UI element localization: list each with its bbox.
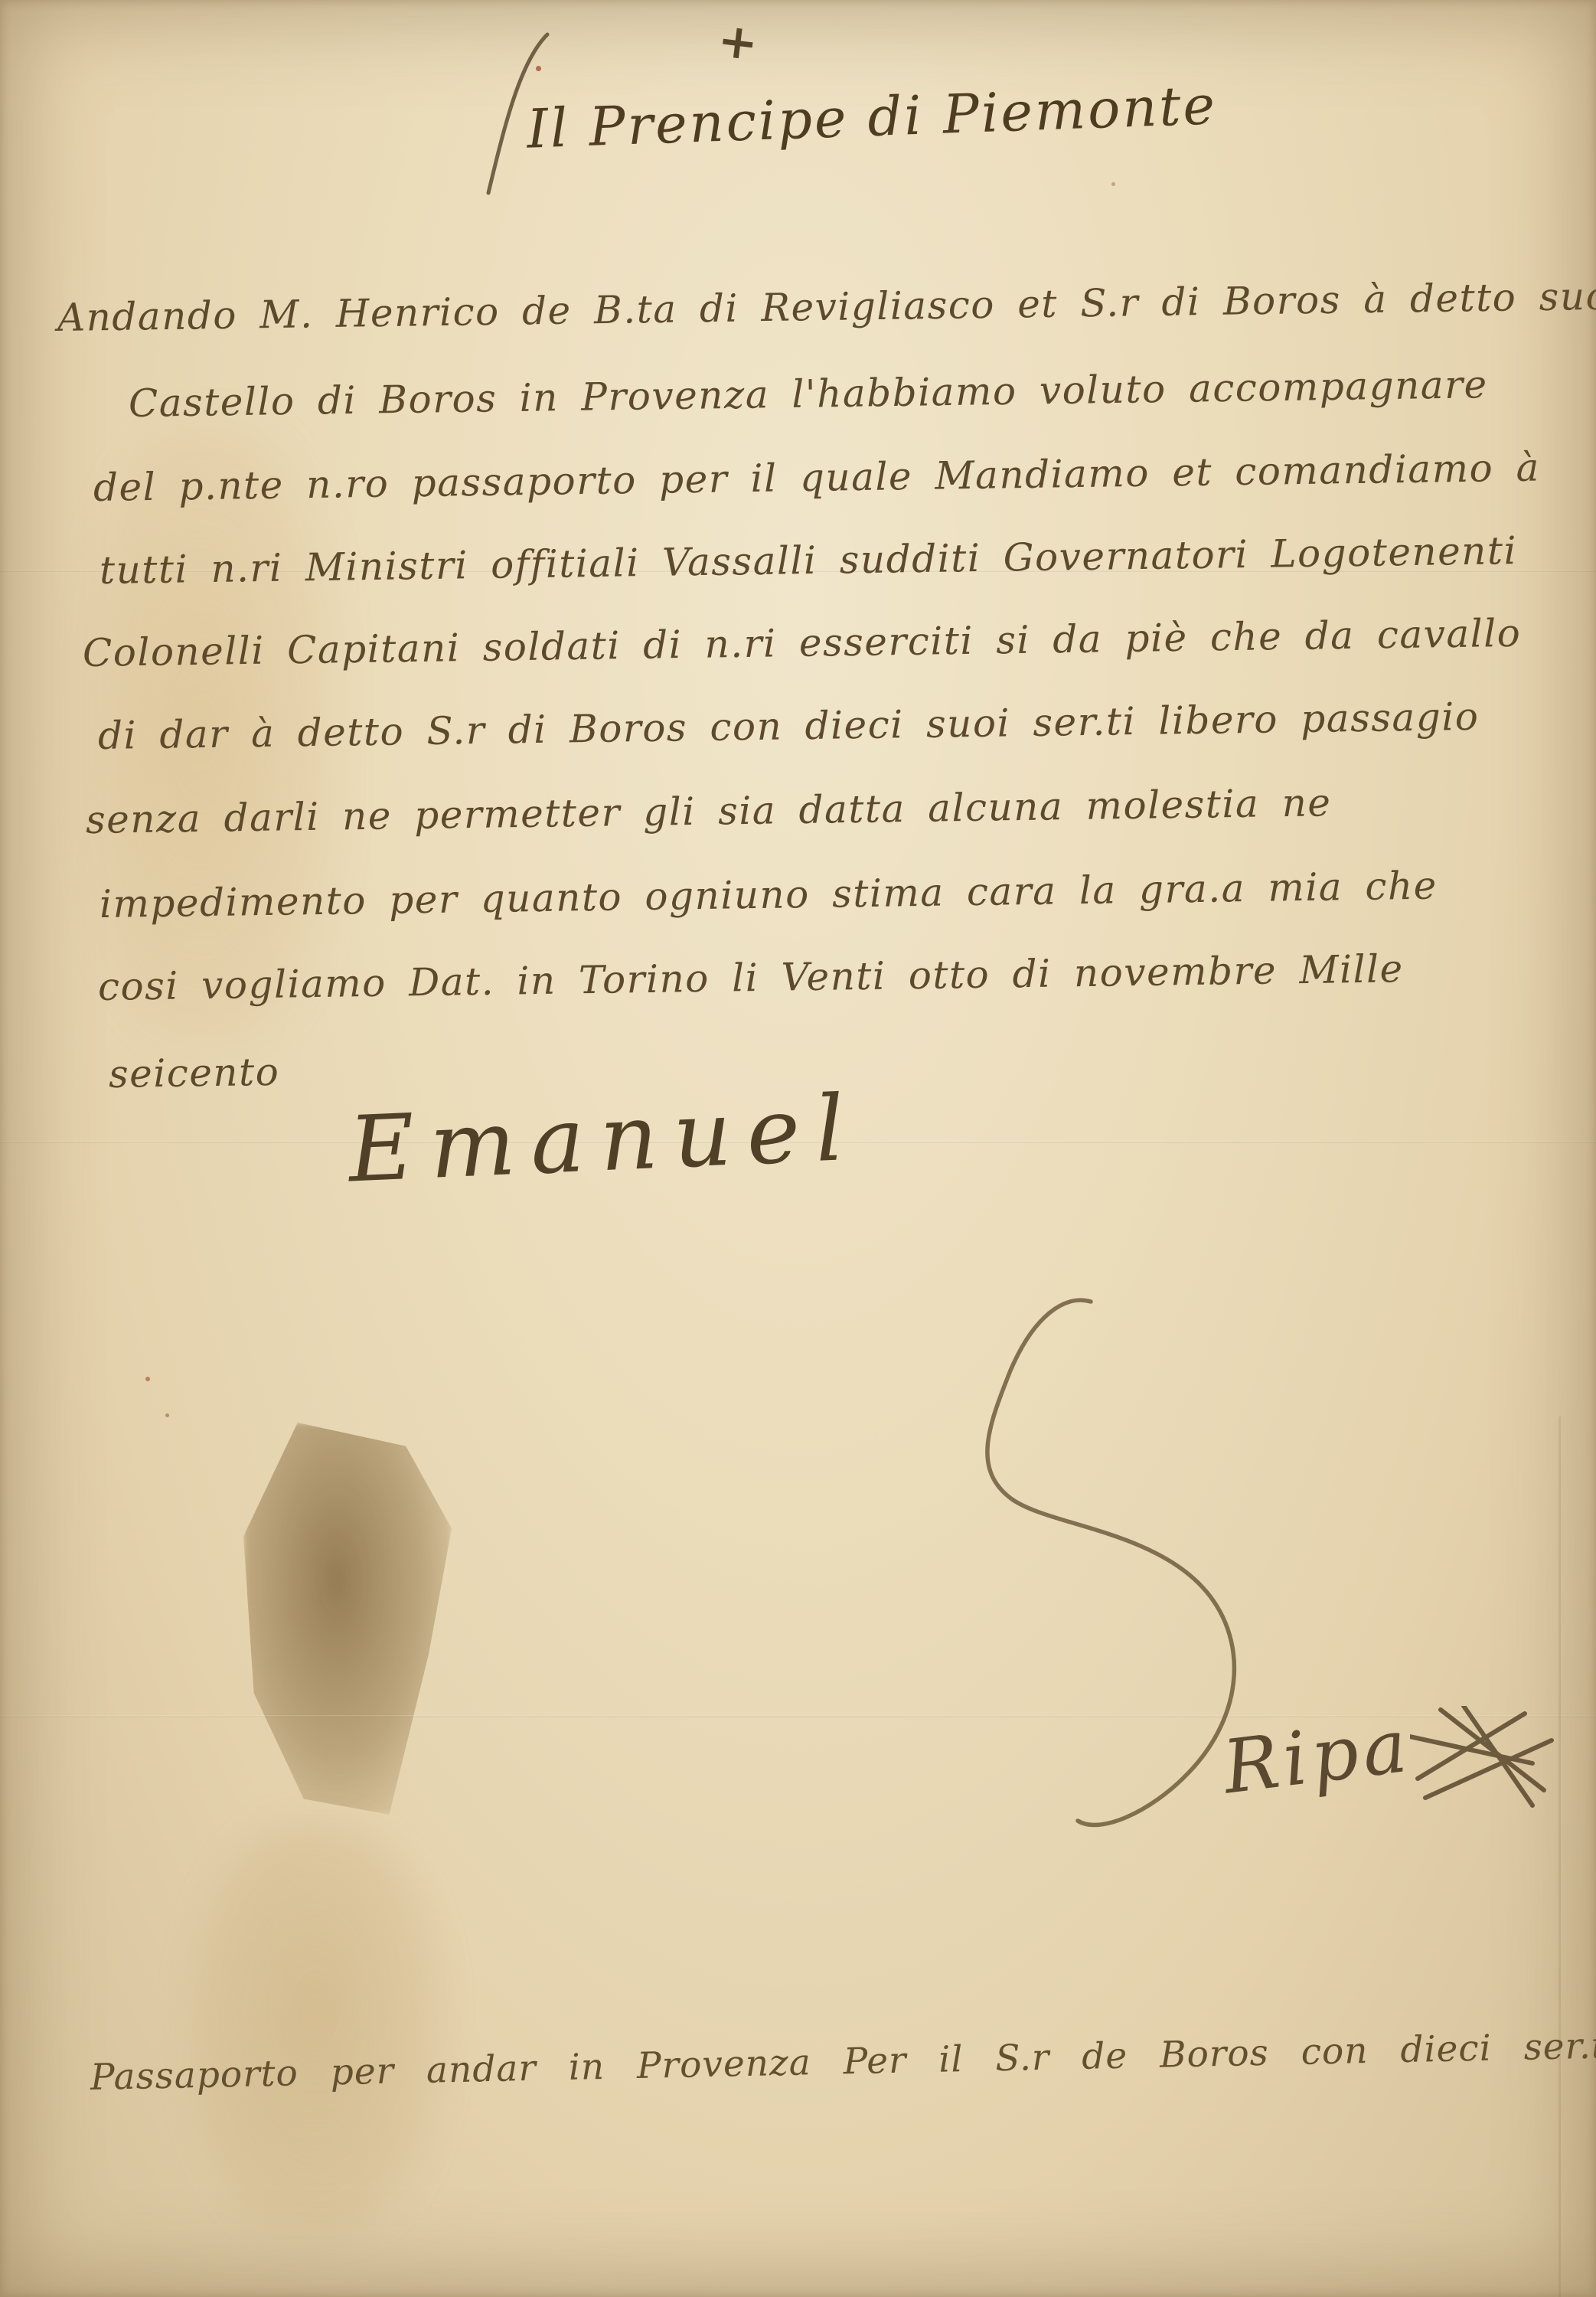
manuscript-page: + Il Prencipe di Piemonte Andando M. Hen… <box>0 0 1596 2297</box>
body-line-1: Andando M. Henrico de B.ta di Revigliasc… <box>57 274 1596 340</box>
cross-mark: + <box>715 11 761 72</box>
ink-speck <box>1111 182 1115 186</box>
body-line-8: impedimento per quanto ogniuno stima car… <box>100 864 1438 926</box>
body-line-5: Colonelli Capitani soldati di n.ri esser… <box>83 611 1522 675</box>
body-line-3: del p.nte n.ro passaporto per il quale M… <box>93 446 1541 510</box>
docket-line: Passaporto per andar in Provenza Per il … <box>90 2024 1596 2099</box>
body-line-6: di dar à detto S.r di Boros con dieci su… <box>98 694 1480 758</box>
document-heading: Il Prencipe di Piemonte <box>526 74 1218 160</box>
ink-speck <box>165 1413 169 1417</box>
ink-speck <box>145 1377 150 1381</box>
body-line-7: senza darli ne permetter gli sia datta a… <box>86 780 1332 842</box>
paper-stain-faint-lower <box>190 1822 442 2236</box>
body-line-4: tutti n.ri Ministri offitiali Vassalli s… <box>100 528 1518 593</box>
countersignature-paraph <box>1410 1706 1563 1821</box>
body-line-10: seicento <box>109 1050 280 1096</box>
body-line-2: Castello di Boros in Provenza l'habbiamo… <box>129 362 1488 426</box>
countersignature: Ripa <box>1219 1702 1415 1810</box>
seal-stain-blotch <box>243 1423 452 1815</box>
ink-speck <box>536 66 541 71</box>
edge-crease-right <box>1558 1416 1561 2297</box>
signature-emanuel: Emanuel <box>346 1074 861 1202</box>
body-line-9: cosi vogliamo Dat. in Torino li Venti ot… <box>98 946 1404 1009</box>
